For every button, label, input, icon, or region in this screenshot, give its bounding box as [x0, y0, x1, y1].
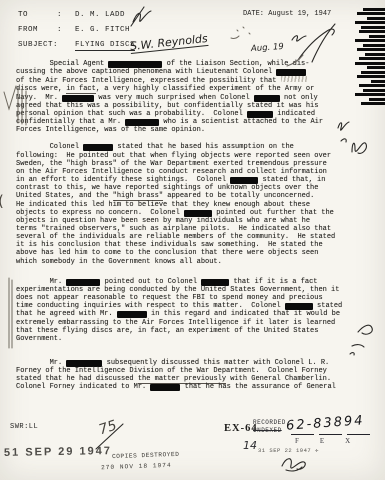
routing-redaction-bar: [355, 39, 385, 42]
subject-row: SUBJECT: FLYING DISCS: [18, 38, 135, 53]
redaction-bar: [66, 360, 102, 367]
to-colon: :: [57, 11, 62, 19]
small-date-stamp: 31 SEP 22 1947 ✛: [258, 447, 319, 454]
routing-redaction-bar: [355, 93, 385, 96]
memo-header: TO: D. M. LADD FROM: E. G. FITCH SUBJECT…: [18, 8, 135, 53]
date-label: DATE:: [243, 10, 264, 18]
redaction-bar: [150, 384, 180, 391]
top-right-scribble: [292, 24, 335, 62]
routing-redaction-bar: [357, 12, 385, 15]
paragraph: Mr. pointed out to Colonel that if it is…: [16, 278, 357, 343]
pencil-underlined-text: "high brass": [113, 192, 163, 200]
bottom-initials-scribble: [282, 459, 305, 471]
redaction-bar: [117, 311, 147, 318]
routing-redaction-bar: [367, 17, 385, 20]
redaction-bar: [125, 119, 159, 126]
indexed-stamp: INDEXED: [253, 427, 282, 434]
received-date-stamp: 51 SEP 29 1947: [4, 445, 112, 459]
handwritten-name: S.W. Reynolds: [129, 32, 208, 54]
routing-redaction-bar: [363, 8, 385, 11]
file-number-underline: [347, 434, 370, 435]
typist-initials: SWR:LL: [10, 423, 38, 431]
routing-redaction-bar: [359, 84, 385, 87]
subject-label: SUBJECT:: [18, 38, 57, 53]
routing-redaction-bar: [357, 75, 385, 78]
routing-redaction-bar: [361, 26, 385, 29]
from-colon: :: [57, 26, 62, 34]
redaction-bar: [184, 210, 212, 217]
recorded-stamp: RECORDED: [253, 419, 286, 426]
paragraph: Colonel stated that he based his assumpt…: [16, 143, 357, 265]
handwritten-number-75: 75: [97, 418, 119, 439]
file-number-underline: [291, 434, 314, 435]
copies-destroyed-stamp: COPIES DESTROYED: [112, 451, 180, 460]
routing-redaction-bar: [361, 71, 385, 74]
to-label: TO: [18, 8, 57, 23]
routing-redaction-bar: [363, 89, 385, 92]
routing-redaction-bar: [365, 53, 385, 56]
to-value: D. M. LADD: [75, 11, 125, 19]
left-margin-lines: [9, 278, 12, 348]
redaction-bar: [276, 69, 306, 76]
redaction-bar: [201, 279, 229, 286]
routing-redaction-bar: [371, 80, 385, 83]
redaction-bar: [285, 303, 313, 310]
pencil-underlined-text: in fact: [66, 85, 95, 93]
date-value: August 19, 1947: [268, 10, 331, 18]
routing-redaction-bar: [355, 62, 385, 65]
routing-redaction-bar: [359, 57, 385, 60]
from-label: FROM: [18, 23, 57, 38]
copies-destroyed-date: 270 NOV 18 1974: [101, 462, 172, 471]
paragraph: Special Agent of the Liaison Section, wh…: [16, 60, 357, 134]
subject-value: FLYING DISCS: [75, 41, 135, 51]
routing-redaction-bar: [361, 102, 385, 105]
redaction-bar: [108, 61, 162, 68]
routing-redaction-bar: [357, 48, 385, 51]
pencil-underlined-text: the matter previously: [138, 375, 226, 383]
memo-body: Special Agent of the Liaison Section, wh…: [16, 60, 357, 392]
file-number-underline: [319, 434, 342, 435]
handwritten-date: Aug. 19: [251, 42, 284, 54]
stamp-letters: FEX: [295, 437, 371, 445]
routing-redaction-bar: [369, 98, 385, 101]
date-line: DATE: August 19, 1947: [243, 10, 331, 18]
routing-redaction-bar: [367, 66, 385, 69]
redaction-bar: [254, 95, 280, 102]
paragraph: Mr. subsequently discussed this matter w…: [16, 359, 357, 392]
redaction-bar: [83, 144, 113, 151]
redaction-bar: [62, 95, 94, 102]
to-row: TO: D. M. LADD: [18, 8, 135, 23]
pencil-dots: [231, 27, 250, 38]
handwritten-file-number: 62-83894: [286, 413, 365, 433]
redaction-bar: [66, 279, 100, 286]
routing-redaction-bar: [359, 30, 385, 33]
from-value: E. G. FITCH: [75, 26, 130, 34]
redaction-bar: [230, 177, 258, 184]
erased-word: [281, 76, 307, 82]
routing-redaction-bar: [355, 21, 385, 24]
handwritten-number-14: 14: [243, 439, 257, 452]
document-page: TO: D. M. LADD FROM: E. G. FITCH SUBJECT…: [0, 0, 385, 480]
routing-redaction-bar: [369, 35, 385, 38]
redaction-bar: [247, 111, 273, 118]
from-row: FROM: E. G. FITCH: [18, 23, 135, 38]
routing-redaction-bar: [363, 44, 385, 47]
pencil-paren-mark: (: [0, 192, 4, 210]
